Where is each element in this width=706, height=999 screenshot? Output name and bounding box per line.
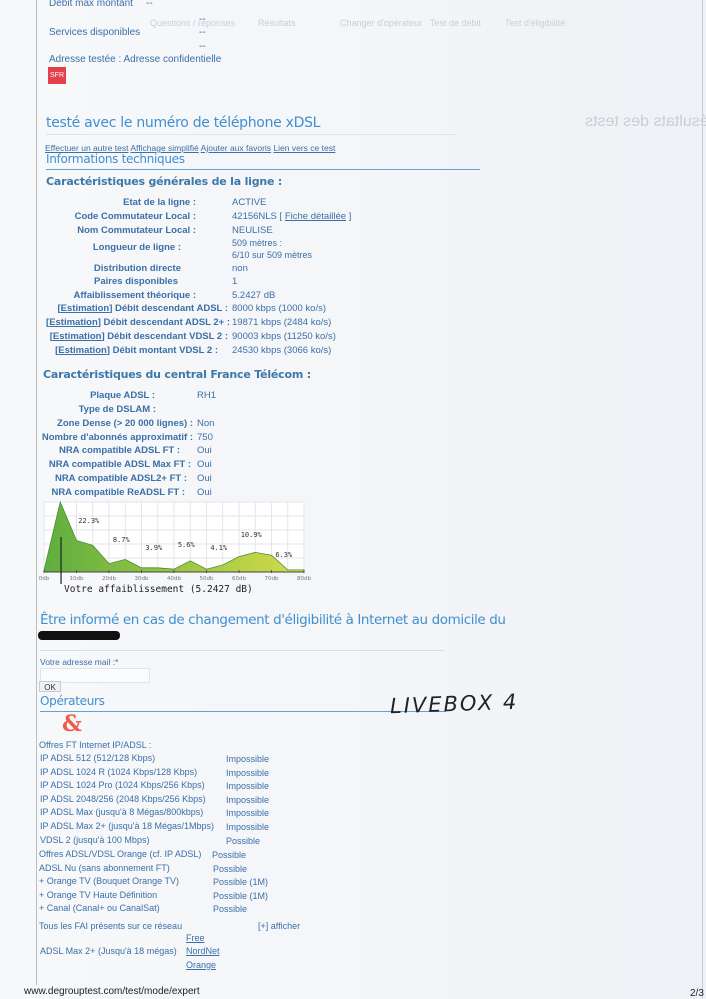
row-label: NRA compatible ADSL Max FT : bbox=[49, 459, 191, 470]
svg-text:10db: 10db bbox=[70, 576, 84, 582]
row-label: Nom Commutateur Local : bbox=[77, 225, 196, 236]
row-value: non bbox=[232, 263, 248, 274]
svg-text:30db: 30db bbox=[135, 576, 149, 582]
offer-name: Offres ADSL/VDSL Orange (cf. IP ADSL) bbox=[39, 849, 201, 859]
ghost-nav-4: Résultats bbox=[258, 18, 296, 28]
row-value: Oui bbox=[197, 487, 212, 498]
row-value: Oui bbox=[197, 459, 212, 470]
debit-max-montant-label: Débit max montant bbox=[49, 0, 133, 9]
fai-link-orange[interactable]: Orange bbox=[186, 960, 216, 970]
adresse-testee: Adresse testée : Adresse confidentielle bbox=[49, 54, 221, 65]
offer-name: IP ADSL 512 (512/128 Kbps) bbox=[40, 753, 155, 763]
row-value: 5.2427 dB bbox=[232, 290, 275, 301]
label-text: Débit descendant ADSL : bbox=[112, 303, 228, 314]
estimation-link[interactable]: Estimation bbox=[58, 345, 107, 356]
row-value: 90003 kbps (11250 ko/s) bbox=[232, 331, 336, 342]
row-value: 8000 kbps (1000 ko/s) bbox=[232, 303, 326, 314]
offer-name: + Orange TV Haute Définition bbox=[39, 890, 157, 900]
label-text: Débit descendant ADSL 2+ : bbox=[101, 317, 230, 328]
row-label: Type de DSLAM : bbox=[79, 404, 156, 415]
fai-link-nordnet[interactable]: NordNet bbox=[186, 946, 220, 956]
row-label: NRA compatible ReADSL FT : bbox=[51, 487, 185, 498]
row-label: Code Commutateur Local : bbox=[75, 211, 196, 222]
offer-name: VDSL 2 (jusqu'à 100 Mbps) bbox=[40, 835, 149, 845]
row-value: 509 mètres : bbox=[232, 238, 282, 248]
title-rule bbox=[46, 134, 456, 135]
svg-text:10.9%: 10.9% bbox=[241, 531, 263, 539]
svg-text:0db: 0db bbox=[39, 576, 50, 582]
svg-text:3.9%: 3.9% bbox=[145, 544, 163, 552]
row-label: Zone Dense (> 20 000 lignes) : bbox=[57, 418, 193, 429]
debit-max-montant-value: -- bbox=[146, 0, 153, 9]
code-value: 42156NLS [ bbox=[232, 211, 285, 222]
operateurs-rule bbox=[40, 711, 446, 712]
section-info-tech: Informations techniques bbox=[46, 152, 185, 166]
svg-text:70db: 70db bbox=[265, 576, 279, 582]
ghost-nav-3: Changer d'opérateur bbox=[340, 18, 422, 28]
footer-url: www.degrouptest.com/test/mode/expert bbox=[24, 986, 200, 997]
link-favoris[interactable]: Ajouter aux favoris bbox=[201, 143, 271, 153]
email-label: Votre adresse mail :* bbox=[40, 657, 118, 667]
fiche-detaillee-link[interactable]: Fiche détaillée bbox=[285, 211, 346, 222]
offer-status: Impossible bbox=[226, 795, 269, 805]
page-border-right bbox=[702, 0, 703, 999]
estimation-link[interactable]: Estimation bbox=[49, 317, 98, 328]
row-label: Paires disponibles bbox=[94, 276, 178, 287]
ghost-nav-5: Questions / réponses bbox=[150, 18, 235, 28]
offer-name: IP ADSL Max (jusqu'à 8 Mégas/800kbps) bbox=[40, 807, 203, 817]
svg-text:40db: 40db bbox=[167, 576, 181, 582]
offer-status: Impossible bbox=[226, 768, 269, 778]
offer-status: Impossible bbox=[226, 808, 269, 818]
fai-link-free[interactable]: Free bbox=[186, 933, 205, 943]
row-label: [Estimation] Débit descendant ADSL : bbox=[57, 303, 228, 314]
central-title: Caractéristiques du central France Téléc… bbox=[43, 368, 311, 381]
alert-rule bbox=[40, 650, 444, 651]
svg-text:20db: 20db bbox=[102, 576, 116, 582]
row-label: NRA compatible ADSL2+ FT : bbox=[55, 473, 187, 484]
handwritten-note: LIVEBOX 4 bbox=[390, 690, 519, 718]
printed-page: Test d'éligibilité Test de débit Changer… bbox=[0, 0, 706, 999]
offer-name: + Orange TV (Bouquet Orange TV) bbox=[39, 876, 179, 886]
ghost-nav-2: Test de débit bbox=[430, 18, 481, 28]
row-value: 19871 kbps (2484 ko/s) bbox=[232, 317, 331, 328]
sfr-logo: SFR bbox=[48, 67, 66, 84]
offer-status: Possible bbox=[213, 864, 247, 874]
offer-status: Possible bbox=[226, 836, 260, 846]
svg-text:6.3%: 6.3% bbox=[275, 551, 293, 559]
orange-ampersand-logo: & bbox=[62, 713, 82, 735]
row-label: Distribution directe bbox=[94, 263, 181, 274]
offer-status: Possible (1M) bbox=[213, 891, 268, 901]
services-label: Services disponibles bbox=[49, 27, 140, 38]
svg-text:60db: 60db bbox=[232, 576, 246, 582]
offer-name: IP ADSL 2048/256 (2048 Kbps/256 Kbps) bbox=[40, 794, 206, 804]
offer-name: + Canal (Canal+ ou CanalSat) bbox=[39, 903, 160, 913]
row-label: Plaque ADSL : bbox=[90, 390, 155, 401]
alert-title: Être informé en cas de changement d'élig… bbox=[40, 612, 506, 628]
svg-text:50db: 50db bbox=[200, 576, 214, 582]
ok-button[interactable]: OK bbox=[39, 681, 61, 692]
row-label: [Estimation] Débit descendant VDSL 2 : bbox=[50, 331, 228, 342]
offer-name: IP ADSL 1024 R (1024 Kbps/128 Kbps) bbox=[40, 767, 197, 777]
operateurs-title: Opérateurs bbox=[40, 694, 105, 708]
dash: -- bbox=[199, 41, 206, 52]
chart-caption: Votre affaiblissement (5.2427 dB) bbox=[64, 584, 253, 595]
svg-text:80db: 80db bbox=[297, 576, 311, 582]
page-border-left bbox=[36, 0, 37, 985]
offer-name: IP ADSL Max 2+ (jusqu'à 18 Mégas/1Mbps) bbox=[40, 821, 214, 831]
row-value: Non bbox=[197, 418, 214, 429]
row-value: 24530 kbps (3066 ko/s) bbox=[232, 345, 331, 356]
svg-text:4.1%: 4.1% bbox=[210, 544, 228, 552]
row-value: 42156NLS [ Fiche détaillée ] bbox=[232, 211, 351, 222]
offer-status: Impossible bbox=[226, 822, 269, 832]
label-text: Débit montant VDSL 2 : bbox=[110, 345, 218, 356]
svg-text:5.6%: 5.6% bbox=[178, 541, 196, 549]
attenuation-chart: 0db10db20db30db40db50db60db70db80db22.3%… bbox=[36, 498, 312, 584]
fai-label: Tous les FAI présents sur ce réseau bbox=[39, 921, 182, 931]
offer-name: IP ADSL 1024 Pro (1024 Kbps/256 Kbps) bbox=[40, 780, 205, 790]
row-label: Nombre d'abonnés approximatif : bbox=[42, 432, 193, 443]
row-value: NEULISE bbox=[232, 225, 273, 236]
offer-status: Impossible bbox=[226, 754, 269, 764]
offer-name: ADSL Nu (sans abonnement FT) bbox=[39, 863, 170, 873]
adsl-max-label: ADSL Max 2+ (Jusqu'à 18 mégas) bbox=[40, 946, 177, 956]
row-value: 1 bbox=[232, 276, 237, 287]
section-rule bbox=[46, 169, 480, 170]
bracket: ] bbox=[346, 211, 351, 222]
row-label: [Estimation] Débit montant VDSL 2 : bbox=[55, 345, 218, 356]
offer-status: Possible bbox=[213, 904, 247, 914]
svg-text:22.3%: 22.3% bbox=[78, 517, 100, 525]
row-label: Affaiblissement théorique : bbox=[74, 290, 196, 301]
label-text: Débit descendant VDSL 2 : bbox=[105, 331, 228, 342]
fai-toggle[interactable]: [+] afficher bbox=[258, 921, 300, 931]
general-title: Caractéristiques générales de la ligne : bbox=[46, 175, 282, 188]
offer-status: Possible (1M) bbox=[213, 877, 268, 887]
services-value: -- bbox=[199, 27, 206, 38]
row-value: RH1 bbox=[197, 390, 216, 401]
row-label: NRA compatible ADSL FT : bbox=[59, 445, 180, 456]
link-lien-test[interactable]: Lien vers ce test bbox=[273, 143, 335, 153]
redacted-address bbox=[38, 631, 120, 640]
offer-status: Possible bbox=[212, 850, 246, 860]
row-value-2: 6/10 sur 509 mètres bbox=[232, 250, 312, 260]
page-title: testé avec le numéro de téléphone xDSL bbox=[46, 115, 320, 131]
estimation-link[interactable]: Estimation bbox=[53, 331, 102, 342]
row-value: Oui bbox=[197, 445, 212, 456]
row-value: ACTIVE bbox=[232, 197, 266, 208]
offer-status: Impossible bbox=[226, 781, 269, 791]
ft-offers-title: Offres FT Internet IP/ADSL : bbox=[39, 740, 151, 750]
ghost-results-title: Résultats des tests bbox=[585, 113, 706, 131]
dash: -- bbox=[199, 14, 206, 25]
row-value: 750 bbox=[197, 432, 213, 443]
row-label: Longueur de ligne : bbox=[93, 242, 181, 253]
row-label: Etat de la ligne : bbox=[123, 197, 196, 208]
row-value: Oui bbox=[197, 473, 212, 484]
page-number: 2/3 bbox=[690, 988, 704, 999]
ghost-nav-1: Test d'éligibilité bbox=[505, 18, 565, 28]
svg-text:8.7%: 8.7% bbox=[113, 536, 131, 544]
estimation-link[interactable]: Estimation bbox=[61, 303, 110, 314]
row-label: [Estimation] Débit descendant ADSL 2+ : bbox=[46, 317, 230, 328]
